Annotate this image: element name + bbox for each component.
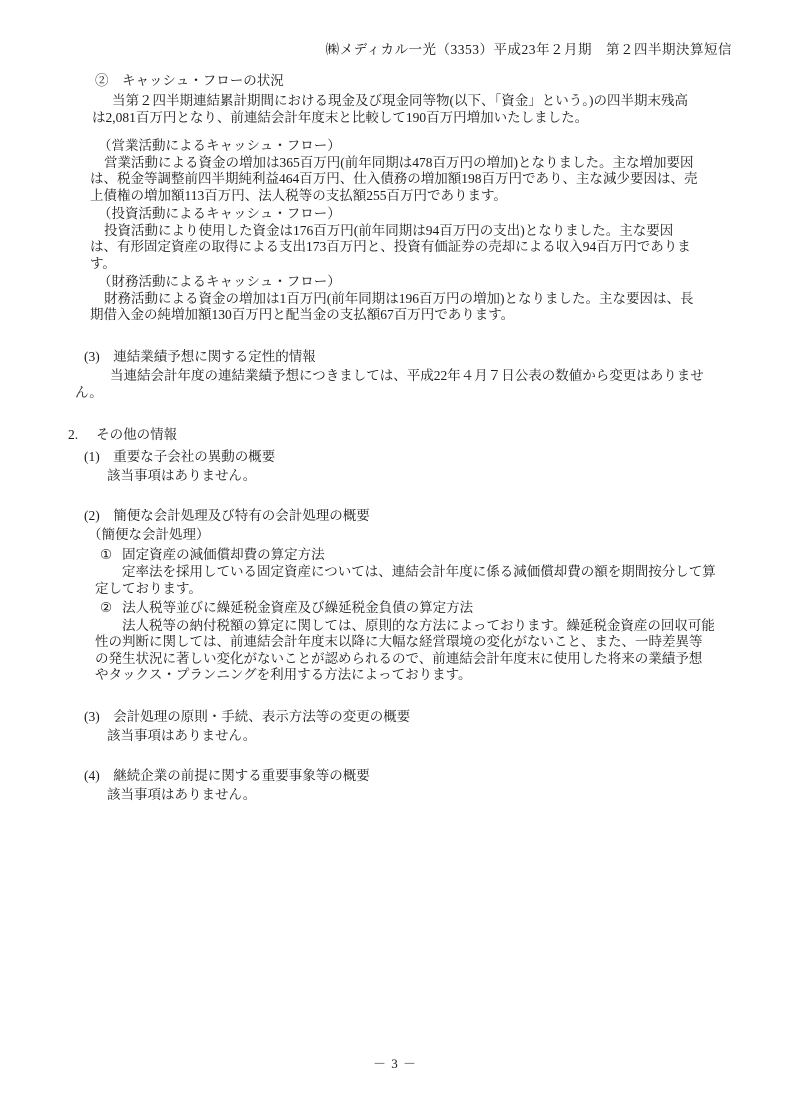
investing-cashflow-line3: す。: [0, 256, 790, 273]
document-page: ㈱メディカル一光（3353）平成23年２月期 第２四半期決算短信 ② キャッシュ…: [0, 0, 790, 804]
other-info-title: その他の情報: [96, 427, 177, 442]
forecast-section-label: (3) 連結業績予想に関する定性的情報: [0, 349, 790, 366]
depreciation-line1: 定率法を採用している固定資産については、連結会計年度に係る減価償却費の額を期間按…: [0, 564, 790, 581]
operating-cashflow-line1: 営業活動による資金の増加は365百万円(前年同期は478百万円の増加)となりまし…: [0, 155, 790, 172]
deferred-tax-line2: 性の判断に関しては、前連結会計年度末以降に大幅な経営環境の変化がないこと、また、…: [0, 634, 790, 651]
subsidiary-change-label: (1) 重要な子会社の異動の概要: [0, 449, 790, 466]
deferred-tax-line1: 法人税等の納付税額の算定に関しては、原則的な方法によっております。繰延税金資産の…: [0, 618, 790, 635]
investing-cashflow-label: （投資活動によるキャッシュ・フロー）: [0, 206, 790, 223]
other-info-section-title: 2.その他の情報: [0, 427, 790, 444]
going-concern-body: 該当事項はありません。: [0, 787, 790, 804]
depreciation-item-number: ①: [100, 547, 112, 562]
simplified-accounting-label: （簡便な会計処理）: [0, 527, 790, 544]
page-header: ㈱メディカル一光（3353）平成23年２月期 第２四半期決算短信: [0, 42, 790, 59]
forecast-line2: ん。: [0, 385, 790, 402]
operating-cashflow-line3: 上債権の増加額113百万円、法人税等の支払額255百万円であります。: [0, 188, 790, 205]
operating-cashflow-line2: は、税金等調整前四半期純利益464百万円、仕入債務の増加額198百万円であり、主…: [0, 171, 790, 188]
cashflow-section-title: ② キャッシュ・フローの状況: [0, 73, 790, 90]
accounting-principle-change-label: (3) 会計処理の原則・手続、表示方法等の変更の概要: [0, 709, 790, 726]
financing-cashflow-label: （財務活動によるキャッシュ・フロー）: [0, 274, 790, 291]
depreciation-item-title: ①固定資産の減価償却費の算定方法: [0, 547, 790, 564]
forecast-line1: 当連結会計年度の連結業績予想につきましては、平成22年４月７日公表の数値から変更…: [0, 368, 790, 385]
operating-cashflow-label: （営業活動によるキャッシュ・フロー）: [0, 138, 790, 155]
financing-cashflow-line2: 期借入金の純増加額130百万円と配当金の支払額67百万円であります。: [0, 307, 790, 324]
depreciation-item-label: 固定資産の減価償却費の算定方法: [122, 547, 325, 562]
deferred-tax-item-label: 法人税等並びに繰延税金資産及び繰延税金負債の算定方法: [122, 600, 473, 615]
financing-cashflow-line1: 財務活動による資金の増加は1百万円(前年同期は196百万円の増加)となりました。…: [0, 291, 790, 308]
cashflow-intro-line1: 当第２四半期連結累計期間における現金及び現金同等物(以下、「資金」という。)の四…: [0, 93, 790, 110]
deferred-tax-item-title: ②法人税等並びに繰延税金資産及び繰延税金負債の算定方法: [0, 600, 790, 617]
accounting-method-label: (2) 簡便な会計処理及び特有の会計処理の概要: [0, 508, 790, 525]
accounting-principle-change-body: 該当事項はありません。: [0, 728, 790, 745]
other-info-number: 2.: [68, 427, 78, 442]
deferred-tax-line3: の発生状況に著しい変化がないことが認められるので、前連結会計年度末に使用した将来…: [0, 651, 790, 668]
cashflow-intro-line2: は2,081百万円となり、前連結会計年度末と比較して190百万円増加いたしました…: [0, 110, 790, 127]
deferred-tax-item-number: ②: [100, 600, 112, 615]
depreciation-line2: 定しております。: [0, 581, 790, 598]
page-number: － 3 －: [0, 1053, 790, 1072]
deferred-tax-line4: やタックス・プランニングを利用する方法によっております。: [0, 667, 790, 684]
subsidiary-change-body: 該当事項はありません。: [0, 468, 790, 485]
investing-cashflow-line1: 投資活動により使用した資金は176百万円(前年同期は94百万円の支出)となりまし…: [0, 223, 790, 240]
going-concern-label: (4) 継続企業の前提に関する重要事象等の概要: [0, 768, 790, 785]
investing-cashflow-line2: は、有形固定資産の取得による支出173百万円と、投資有価証券の売却による収入94…: [0, 239, 790, 256]
